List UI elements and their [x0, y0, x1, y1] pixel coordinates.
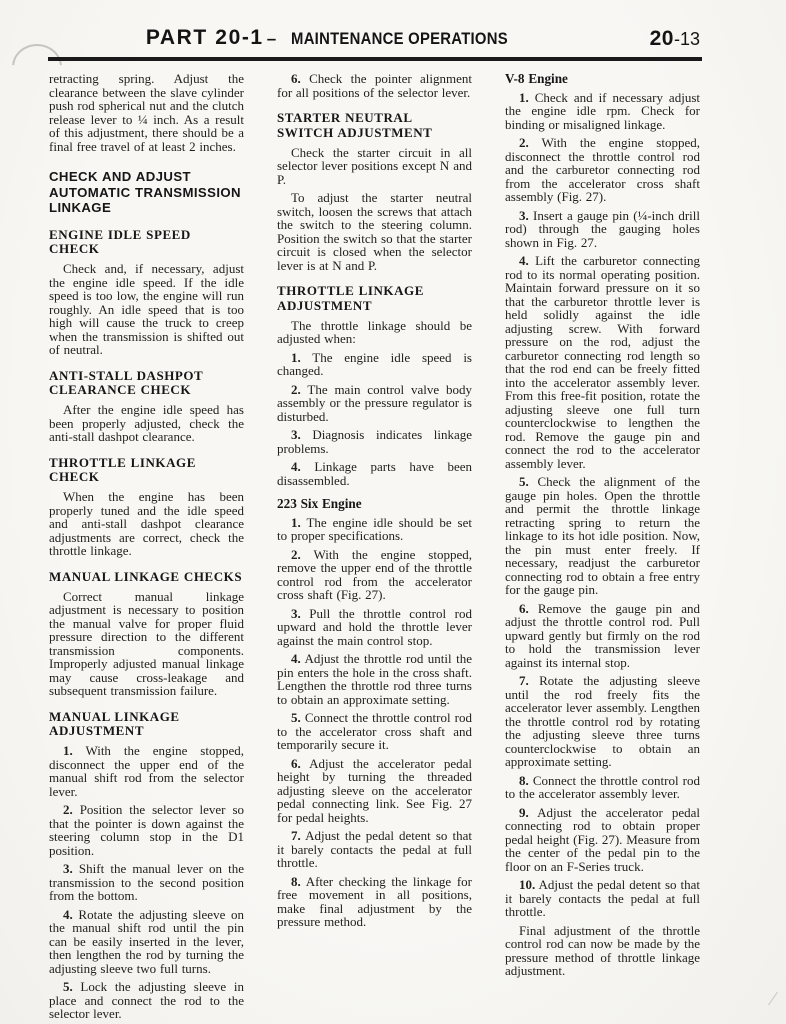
- step-number: 3.: [63, 861, 73, 876]
- numbered-step: 1. The engine idle should be set to prop…: [277, 516, 472, 543]
- numbered-step: 4. Adjust the throttle rod until the pin…: [277, 652, 472, 706]
- paragraph: When the engine has been properly tuned …: [49, 490, 244, 558]
- paragraph: Check the starter circuit in all selecto…: [277, 146, 472, 187]
- step-number: 9.: [519, 805, 529, 820]
- page-number: 20-13: [650, 27, 700, 51]
- step-number: 7.: [519, 673, 529, 688]
- subsection-heading: THROTTLE LINKAGE CHECK: [49, 456, 244, 486]
- page-number-part: 20: [650, 27, 674, 50]
- step-number: 5.: [291, 710, 301, 725]
- paragraph: Final adjustment of the throttle control…: [505, 924, 700, 978]
- step-number: 1.: [291, 350, 301, 365]
- step-number: 2.: [519, 135, 529, 150]
- title-dash: –: [264, 29, 279, 48]
- subsection-heading: THROTTLE LINKAGE ADJUSTMENT: [277, 284, 472, 314]
- numbered-step: 8. Connect the throttle control rod to t…: [505, 774, 700, 801]
- engine-heading: 223 Six Engine: [277, 497, 472, 512]
- paragraph: After the engine idle speed has been pro…: [49, 403, 244, 444]
- numbered-step: 4. Lift the carburetor connecting rod to…: [505, 254, 700, 470]
- page-title: PART 20-1–MAINTENANCE OPERATIONS: [0, 26, 666, 50]
- numbered-step: 1. With the engine stopped, disconnect t…: [49, 744, 244, 798]
- part-number-label: PART 20-1: [146, 26, 264, 49]
- numbered-step: 4. Rotate the adjusting sleeve on the ma…: [49, 908, 244, 976]
- step-number: 7.: [291, 828, 301, 843]
- paragraph: Correct manual linkage adjustment is nec…: [49, 590, 244, 698]
- scan-scratch-mark: [768, 992, 778, 1006]
- engine-heading: V-8 Engine: [505, 72, 700, 87]
- numbered-step: 2. With the engine stopped, disconnect t…: [505, 136, 700, 204]
- step-number: 2.: [291, 382, 301, 397]
- step-number: 10.: [519, 877, 535, 892]
- numbered-step: 6. Check the pointer alignment for all p…: [277, 72, 472, 99]
- numbered-step: 6. Adjust the accelerator pedal height b…: [277, 757, 472, 825]
- step-number: 6.: [519, 601, 529, 616]
- paragraph: To adjust the starter neutral switch, lo…: [277, 191, 472, 272]
- step-number: 8.: [519, 773, 529, 788]
- step-number: 6.: [291, 756, 301, 771]
- step-number: 3.: [291, 606, 301, 621]
- page-header: PART 20-1–MAINTENANCE OPERATIONS 20-13: [0, 26, 786, 56]
- step-number: 3.: [519, 208, 529, 223]
- column-middle: 6. Check the pointer alignment for all p…: [277, 72, 472, 1024]
- page-number-page: -13: [674, 29, 700, 49]
- step-number: 8.: [291, 874, 301, 889]
- step-number: 1.: [519, 90, 529, 105]
- numbered-step: 6. Remove the gauge pin and adjust the t…: [505, 602, 700, 670]
- numbered-step: 3. Diagnosis indicates linkage problems.: [277, 428, 472, 455]
- numbered-step: 3. Pull the throttle control rod upward …: [277, 607, 472, 648]
- numbered-step: 1. Check and if necessary adjust the eng…: [505, 91, 700, 132]
- step-number: 4.: [291, 651, 301, 666]
- subsection-heading: ANTI-STALL DASHPOT CLEARANCE CHECK: [49, 369, 244, 399]
- subsection-heading: STARTER NEUTRAL SWITCH ADJUSTMENT: [277, 111, 472, 141]
- numbered-step: 10. Adjust the pedal detent so that it b…: [505, 878, 700, 919]
- step-number: 2.: [291, 547, 301, 562]
- step-number: 3.: [291, 427, 301, 442]
- paragraph: The throttle linkage should be adjusted …: [277, 319, 472, 346]
- numbered-step: 3. Shift the manual lever on the transmi…: [49, 862, 244, 903]
- step-number: 1.: [291, 515, 301, 530]
- step-number: 6.: [291, 71, 301, 86]
- column-left: retracting spring. Adjust the clearance …: [49, 72, 244, 1024]
- manual-page: PART 20-1–MAINTENANCE OPERATIONS 20-13 r…: [0, 0, 786, 1024]
- numbered-step: 5. Check the alignment of the gauge pin …: [505, 475, 700, 597]
- step-number: 1.: [63, 743, 73, 758]
- numbered-step: 8. After checking the linkage for free m…: [277, 875, 472, 929]
- step-number: 5.: [519, 474, 529, 489]
- numbered-step: 2. Position the selector lever so that t…: [49, 803, 244, 857]
- step-number: 5.: [63, 979, 73, 994]
- section-title-label: MAINTENANCE OPERATIONS: [291, 30, 508, 49]
- subsection-heading: MANUAL LINKAGE ADJUSTMENT: [49, 710, 244, 740]
- section-heading: CHECK AND ADJUST AUTOMATIC TRANSMISSION …: [49, 169, 244, 216]
- page-content: retracting spring. Adjust the clearance …: [49, 72, 700, 1024]
- numbered-step: 7. Adjust the pedal detent so that it ba…: [277, 829, 472, 870]
- numbered-step: 3. Insert a gauge pin (¼-inch drill rod)…: [505, 209, 700, 250]
- step-number: 4.: [291, 459, 301, 474]
- paragraph: retracting spring. Adjust the clearance …: [49, 72, 244, 153]
- step-number: 2.: [63, 802, 73, 817]
- header-rule: [48, 57, 702, 61]
- numbered-step: 5. Connect the throttle control rod to t…: [277, 711, 472, 752]
- numbered-step: 9. Adjust the accelerator pedal connecti…: [505, 806, 700, 874]
- numbered-step: 7. Rotate the adjusting sleeve until the…: [505, 674, 700, 769]
- step-number: 4.: [63, 907, 73, 922]
- subsection-heading: ENGINE IDLE SPEED CHECK: [49, 228, 244, 258]
- numbered-step: 2. The main control valve body assembly …: [277, 383, 472, 424]
- paragraph: Check and, if necessary, adjust the engi…: [49, 262, 244, 357]
- numbered-step: 4. Linkage parts have been disassembled.: [277, 460, 472, 487]
- numbered-step: 1. The engine idle speed is changed.: [277, 351, 472, 378]
- step-number: 4.: [519, 253, 529, 268]
- subsection-heading: MANUAL LINKAGE CHECKS: [49, 570, 244, 585]
- numbered-step: 5. Lock the adjusting sleeve in place an…: [49, 980, 244, 1021]
- column-right: V-8 Engine1. Check and if necessary adju…: [505, 72, 700, 1024]
- numbered-step: 2. With the engine stopped, remove the u…: [277, 548, 472, 602]
